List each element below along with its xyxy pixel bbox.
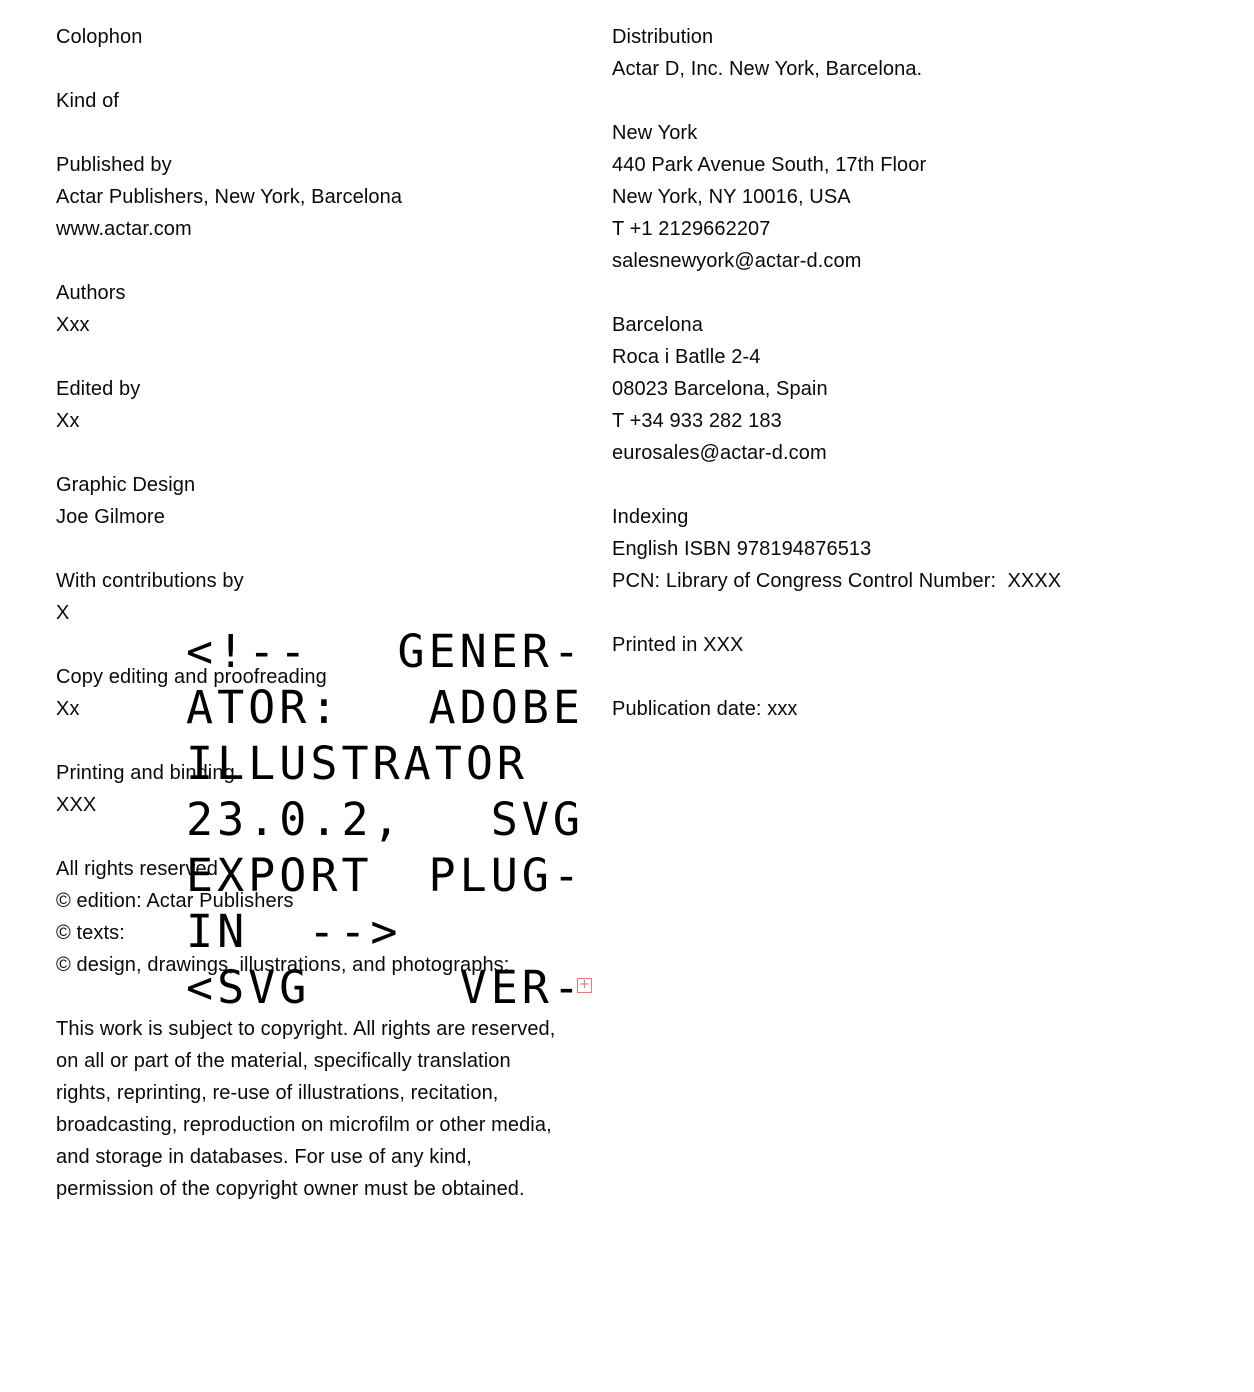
left-column: ColophonKind ofPublished byActar Publish…: [56, 21, 576, 1205]
spacer: [56, 437, 576, 469]
colophon-line-authors: Authors: [56, 277, 576, 309]
spacer: [612, 85, 1212, 117]
spacer: [56, 341, 576, 373]
spacer: [56, 245, 576, 277]
overflow-frame-line: <!--GENER-: [186, 624, 584, 680]
overflow-frame-line: <SVGVER-: [186, 960, 584, 1016]
distribution-line-indexing: Indexing: [612, 501, 1212, 533]
colophon-line-www-actar-com: www.actar.com: [56, 213, 576, 245]
colophon-line-published-by: Published by: [56, 149, 576, 181]
distribution-line-08023-barcelona-spain: 08023 Barcelona, Spain: [612, 373, 1212, 405]
overflow-frame-line: ATOR:ADOBE: [186, 680, 584, 736]
right-column: DistributionActar D, Inc. New York, Barc…: [612, 21, 1212, 725]
spacer: [612, 277, 1212, 309]
distribution-line-distribution: Distribution: [612, 21, 1212, 53]
distribution-line-t-1-2129662207: T +1 2129662207: [612, 213, 1212, 245]
distribution-line-barcelona: Barcelona: [612, 309, 1212, 341]
spacer: [56, 533, 576, 565]
colophon-line-joe-gilmore: Joe Gilmore: [56, 501, 576, 533]
distribution-line-eurosales-actar-d-com: eurosales@actar-d.com: [612, 437, 1212, 469]
colophon-line-colophon: Colophon: [56, 21, 576, 53]
distribution-line-new-york-ny-10016-usa: New York, NY 10016, USA: [612, 181, 1212, 213]
spacer: [56, 117, 576, 149]
colophon-line-xxx: Xxx: [56, 309, 576, 341]
distribution-line-roca-i-batlle-2-4: Roca i Batlle 2-4: [612, 341, 1212, 373]
svg-comment-overflow-frame: <!--GENER-ATOR:ADOBEILLUSTRATOR23.0.2,SV…: [186, 624, 584, 1016]
spacer: [56, 53, 576, 85]
colophon-line-with-contributions-by: With contributions by: [56, 565, 576, 597]
spacer: [612, 661, 1212, 693]
colophon-line-kind-of: Kind of: [56, 85, 576, 117]
distribution-line-actar-d-inc-new-york-barcelona: Actar D, Inc. New York, Barcelona.: [612, 53, 1212, 85]
overflow-frame-line: EXPORTPLUG-: [186, 848, 584, 904]
copyright-paragraph: This work is subject to copyright. All r…: [56, 1013, 568, 1205]
text-overflow-plus-icon[interactable]: +: [577, 978, 592, 993]
distribution-line-new-york: New York: [612, 117, 1212, 149]
colophon-line-graphic-design: Graphic Design: [56, 469, 576, 501]
distribution-line-english-isbn-978194876513: English ISBN 978194876513: [612, 533, 1212, 565]
distribution-line-pcn-library-of-congress-control-number-x: PCN: Library of Congress Control Number:…: [612, 565, 1212, 597]
overflow-frame-line: IN-->: [186, 904, 584, 960]
spacer: [612, 597, 1212, 629]
distribution-line-440-park-avenue-south-17th-floor: 440 Park Avenue South, 17th Floor: [612, 149, 1212, 181]
colophon-line-actar-publishers-new-york-barcelona: Actar Publishers, New York, Barcelona: [56, 181, 576, 213]
overflow-frame-line: 23.0.2,SVG: [186, 792, 584, 848]
overflow-frame-line: ILLUSTRATOR: [186, 736, 584, 792]
colophon-line-xx: Xx: [56, 405, 576, 437]
distribution-line-publication-date-xxx: Publication date: xxx: [612, 693, 1212, 725]
distribution-line-salesnewyork-actar-d-com: salesnewyork@actar-d.com: [612, 245, 1212, 277]
distribution-line-printed-in-xxx: Printed in XXX: [612, 629, 1212, 661]
distribution-line-t-34-933-282-183: T +34 933 282 183: [612, 405, 1212, 437]
colophon-line-edited-by: Edited by: [56, 373, 576, 405]
spacer: [612, 469, 1212, 501]
